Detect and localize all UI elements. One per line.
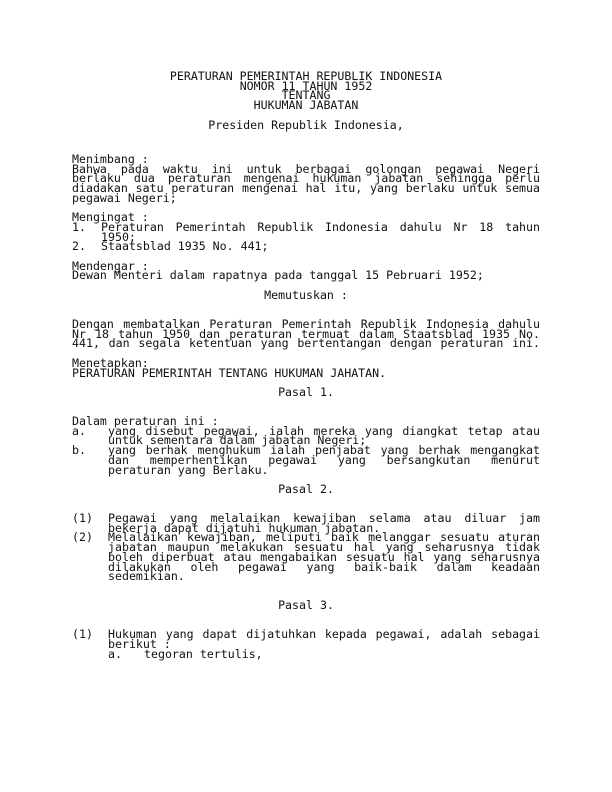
mengingat-item-text: Peraturan Pemerintah Republik Indonesia … <box>101 223 540 233</box>
item-label: a. <box>72 427 112 437</box>
pasal-2-item-text: sedemikian. <box>108 572 576 582</box>
item-label: (1) <box>72 630 112 640</box>
memutuskan-heading: Memutuskan : <box>72 291 540 301</box>
subitem-label: a. <box>108 650 148 660</box>
pasal-3-title: Pasal 3. <box>72 601 540 611</box>
pasal-1-item-text: peraturan yang Berlaku. <box>108 466 576 476</box>
item-label: (2) <box>72 533 112 543</box>
pasal-1-title: Pasal 1. <box>72 388 540 398</box>
mendengar-text: Dewan Menteri dalam rapatnya pada tangga… <box>72 271 540 281</box>
item-label: (1) <box>72 514 112 524</box>
item-label: b. <box>72 446 112 456</box>
subitem-text: tegoran tertulis, <box>144 650 612 660</box>
president-line: Presiden Republik Indonesia, <box>72 121 540 131</box>
pasal-3-item-text: Hukuman yang dapat dijatuhkan kepada peg… <box>108 630 540 640</box>
dengan-line: 441, dan segala ketentuan yang bertentan… <box>72 339 540 349</box>
menimbang-line: pegawai Negeri; <box>72 194 540 204</box>
title-line-4: HUKUMAN JABATAN <box>72 101 540 111</box>
mengingat-item-text: Staatsblad 1935 No. 441; <box>101 242 569 252</box>
menetapkan-text: PERATURAN PEMERINTAH TENTANG HUKUMAN JAH… <box>72 369 540 379</box>
pasal-2-title: Pasal 2. <box>72 485 540 495</box>
